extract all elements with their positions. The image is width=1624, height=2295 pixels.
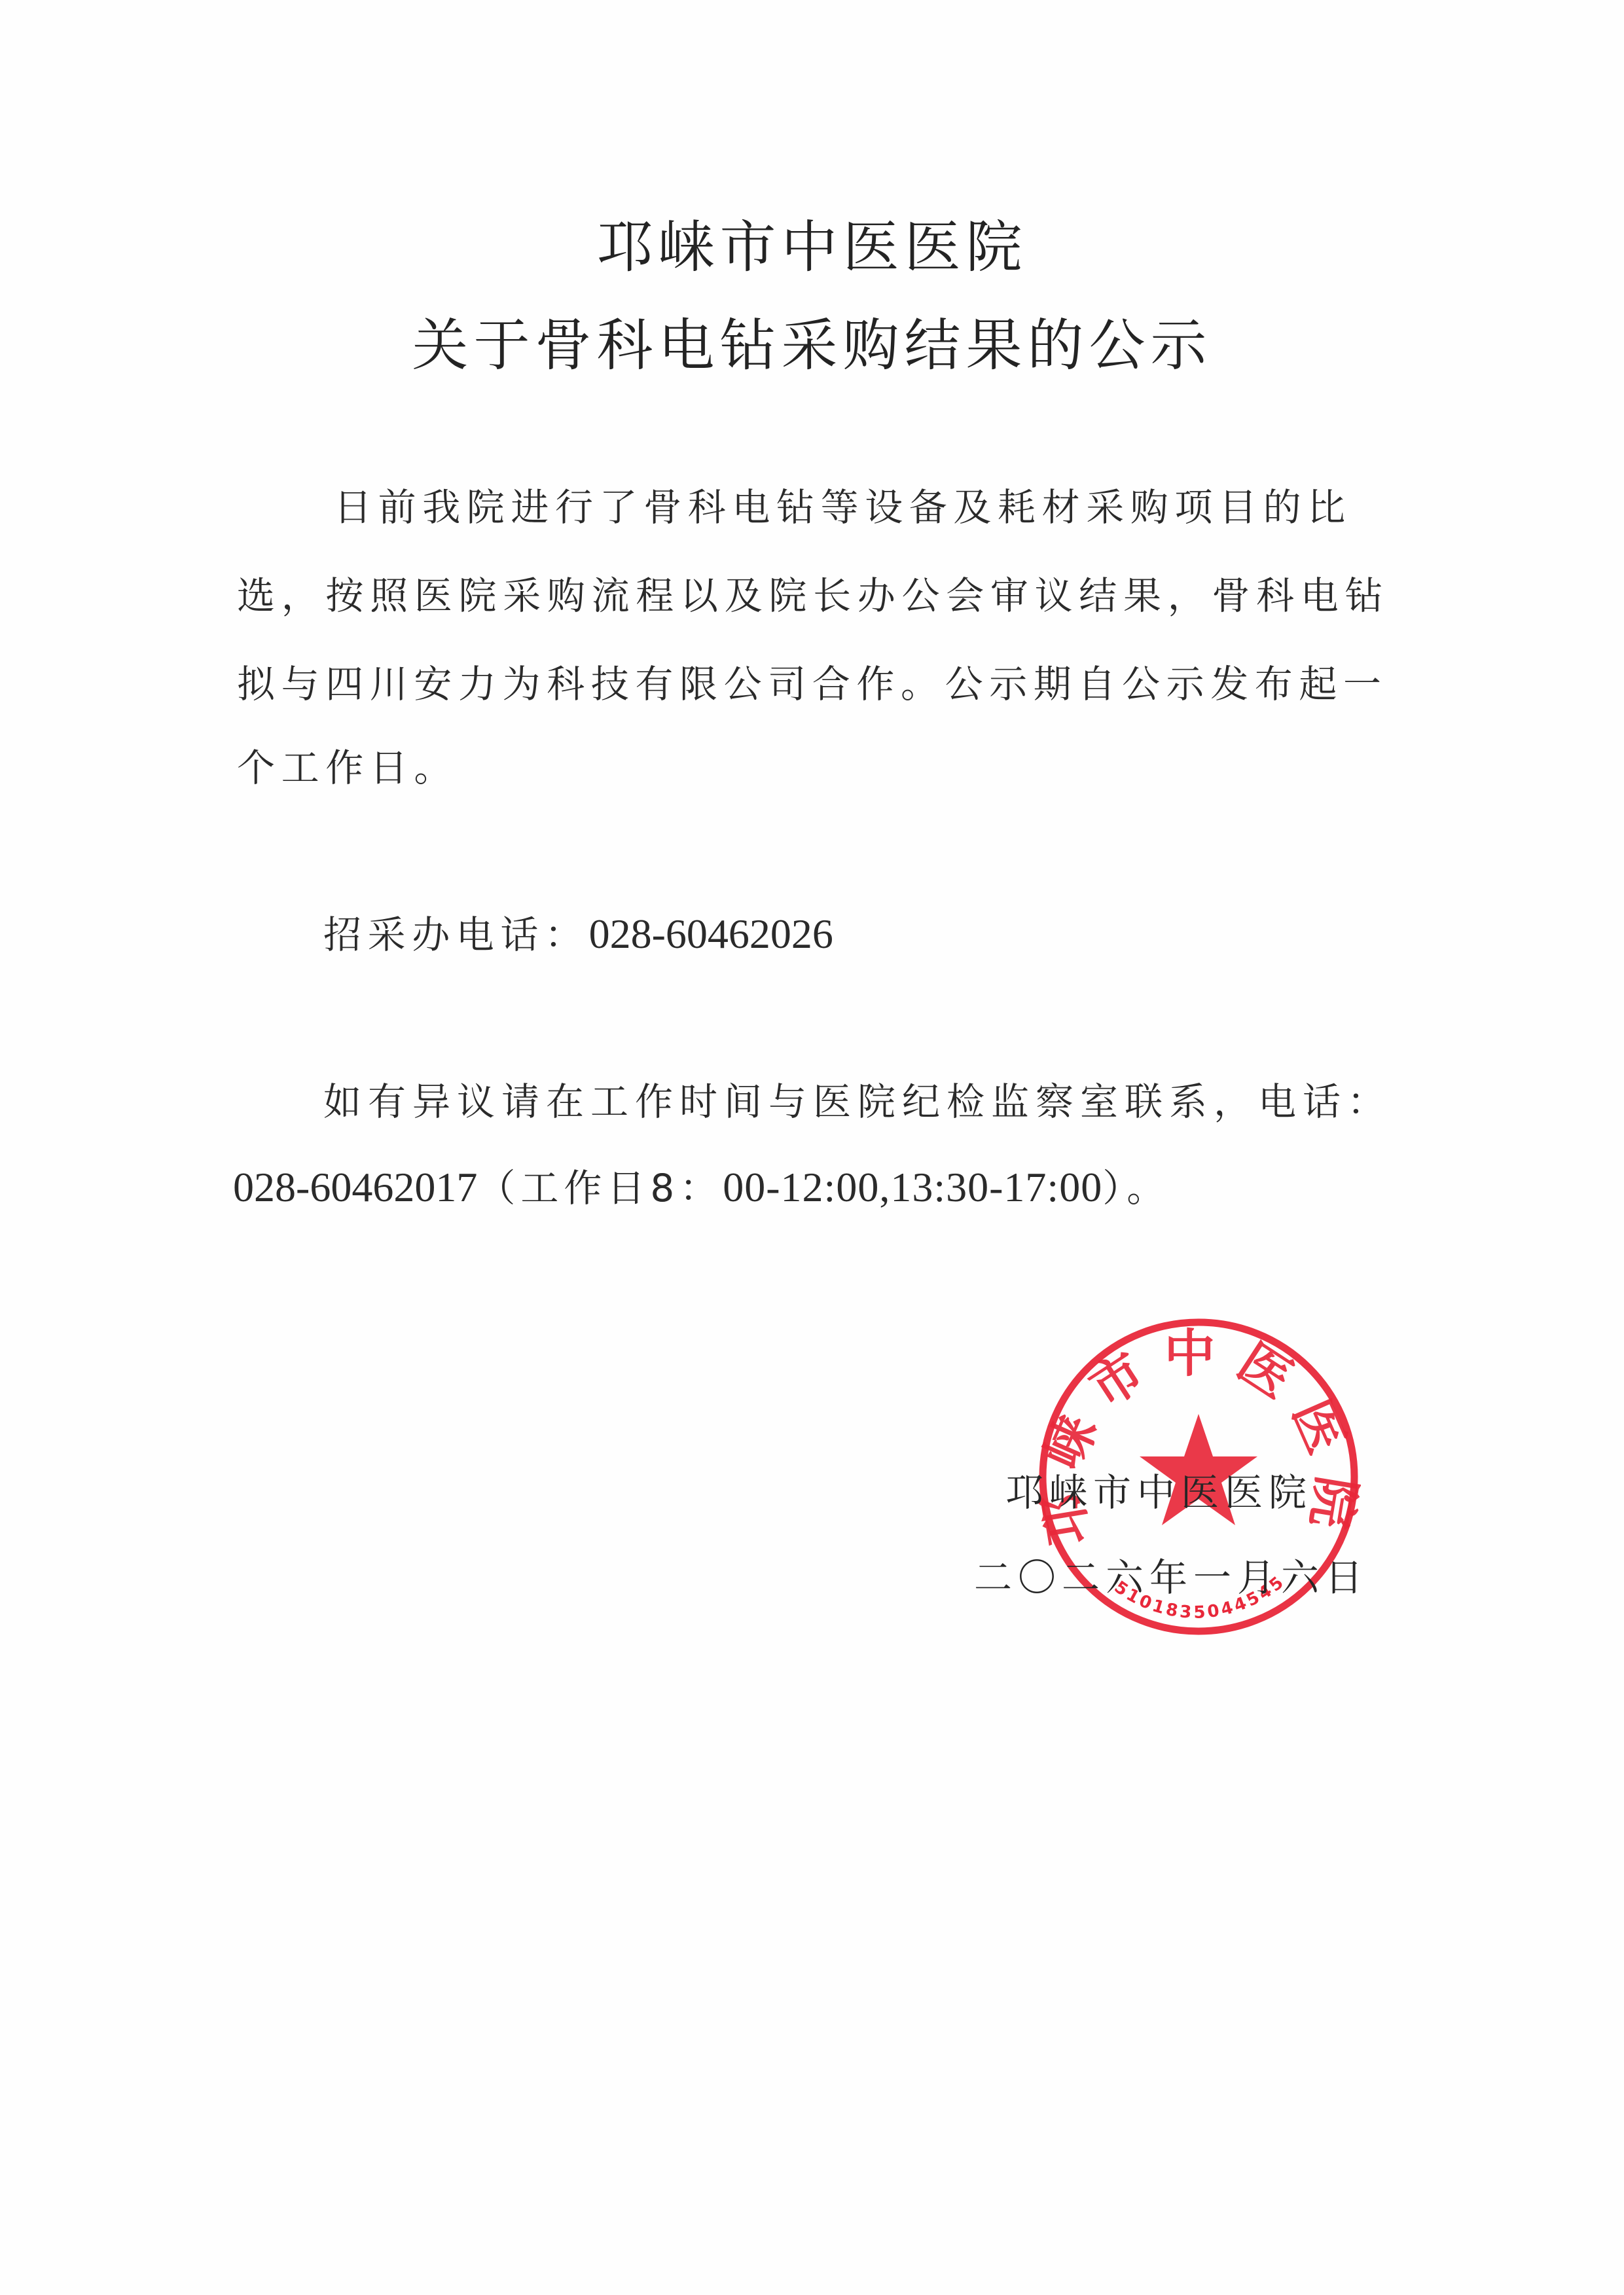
signature-organization: 邛崃市中医医院 bbox=[1005, 1470, 1312, 1515]
procurement-office-contact: 招采办电话：028-60462026 bbox=[323, 908, 1462, 961]
paragraph-announcement-line-2: 选，按照医院采购流程以及院长办公会审议结果，骨科电钻 bbox=[237, 569, 1376, 622]
objection-line-2: 028-60462017（工作日8：00-12:00,13:30-17:00）。 bbox=[233, 1161, 1372, 1214]
paragraph-announcement-line-3: 拟与四川安力为科技有限公司合作。公示期自公示发布起一 bbox=[237, 658, 1376, 710]
document-page: 邛崃市中医医院 关于骨科电钻采购结果的公示 日前我院进行了骨科电钻等设备及耗材采… bbox=[0, 0, 1624, 2295]
objection-phone: 028-60462017 bbox=[233, 1164, 477, 1210]
objection-hours-close: ）。 bbox=[1102, 1166, 1170, 1210]
paragraph-announcement-line-1: 日前我院进行了骨科电钻等设备及耗材采购项目的比 bbox=[334, 481, 1473, 533]
contact-phone: 028-60462026 bbox=[589, 911, 833, 957]
document-title-hospital: 邛崃市中医医院 bbox=[0, 215, 1624, 280]
objection-hours: 00-12:00,13:30-17:00 bbox=[723, 1164, 1102, 1210]
document-title-subject: 关于骨科电钻采购结果的公示 bbox=[0, 313, 1624, 378]
objection-hours-open: （工作日8： bbox=[477, 1166, 723, 1210]
paragraph-announcement-line-4: 个工作日。 bbox=[237, 742, 1376, 794]
objection-line-1: 如有异议请在工作时间与医院纪检监察室联系，电话： bbox=[323, 1075, 1462, 1128]
signature-date: 二〇二六年一月六日 bbox=[974, 1555, 1369, 1600]
contact-label: 招采办电话： bbox=[323, 913, 589, 957]
